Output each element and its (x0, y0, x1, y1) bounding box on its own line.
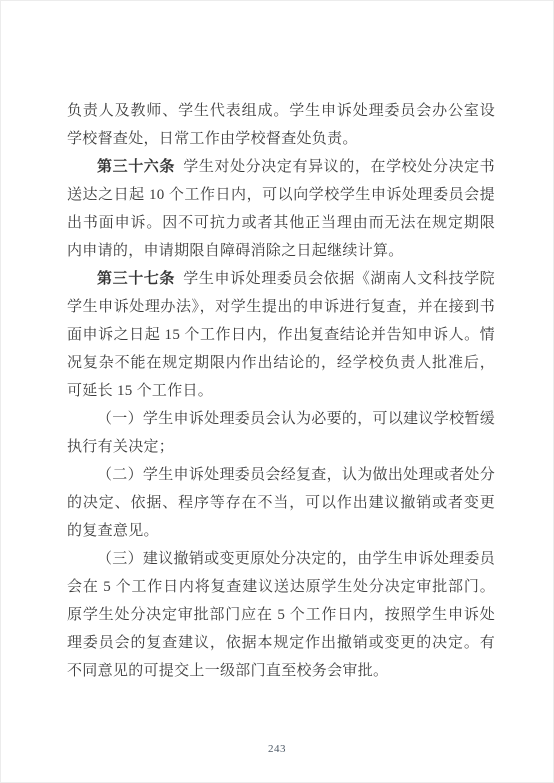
article-37-number: 第三十七条 (97, 271, 175, 287)
paragraph-article-36: 第三十六条学生对处分决定有异议的，在学校处分决定书送达之日起 10 个工作日内，… (67, 153, 495, 265)
item-1-text: （一）学生申诉处理委员会认为必要的，可以建议学校暂缓执行有关决定； (67, 411, 495, 455)
paragraph-item-2: （二）学生申诉处理委员会经复查，认为做出处理或者处分的决定、依据、程序等存在不当… (67, 461, 495, 545)
paragraph-item-1: （一）学生申诉处理委员会认为必要的，可以建议学校暂缓执行有关决定； (67, 405, 495, 461)
document-page: 负责人及教师、学生代表组成。学生申诉处理委员会办公室设学校督查处，日常工作由学校… (0, 0, 554, 783)
item-3-text: （三）建议撤销或变更原处分决定的，由学生申诉处理委员会在 5 个工作日内将复查建… (67, 551, 495, 679)
article-36-number: 第三十六条 (97, 159, 175, 175)
document-body: 负责人及教师、学生代表组成。学生申诉处理委员会办公室设学校督查处，日常工作由学校… (67, 97, 495, 685)
paragraph-continuation: 负责人及教师、学生代表组成。学生申诉处理委员会办公室设学校督查处，日常工作由学校… (67, 97, 495, 153)
item-2-text: （二）学生申诉处理委员会经复查，认为做出处理或者处分的决定、依据、程序等存在不当… (67, 467, 495, 539)
article-37-text: 学生申诉处理委员会依据《湖南人文科技学院学生申诉处理办法》，对学生提出的申诉进行… (67, 271, 495, 399)
paragraph-text: 负责人及教师、学生代表组成。学生申诉处理委员会办公室设学校督查处，日常工作由学校… (67, 103, 495, 147)
page-number: 243 (268, 743, 286, 755)
paragraph-article-37: 第三十七条学生申诉处理委员会依据《湖南人文科技学院学生申诉处理办法》，对学生提出… (67, 265, 495, 405)
paragraph-item-3: （三）建议撤销或变更原处分决定的，由学生申诉处理委员会在 5 个工作日内将复查建… (67, 545, 495, 685)
page-footer: 243 (1, 739, 553, 757)
